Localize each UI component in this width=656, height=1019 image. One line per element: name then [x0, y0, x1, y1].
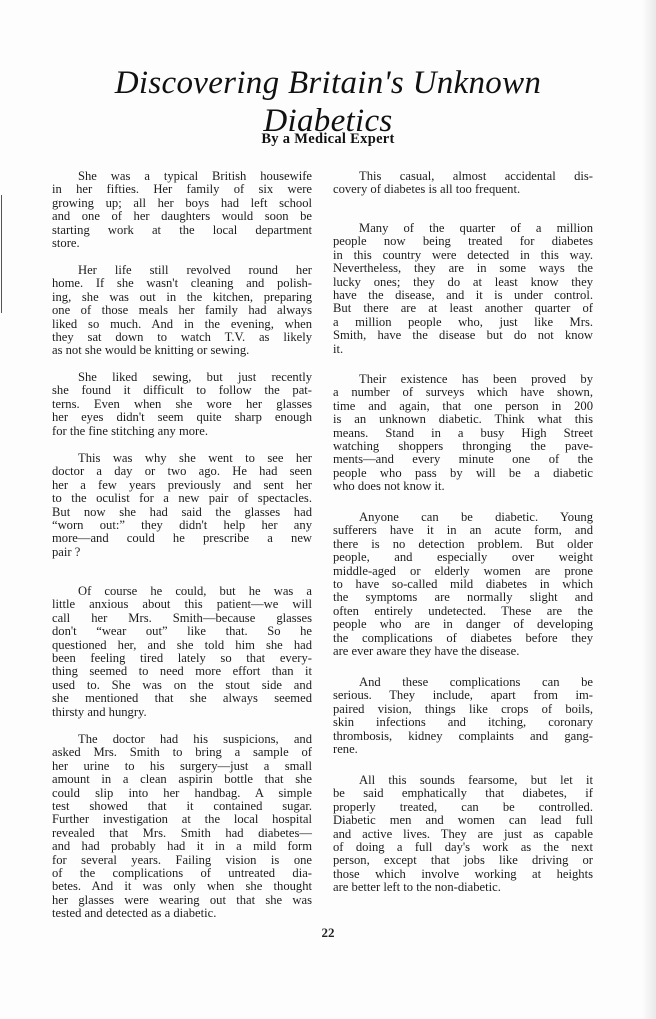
text-line: betes. And it was only when she thought — [52, 880, 312, 893]
text-line: ing, she was out in the kitchen, prepari… — [52, 291, 312, 304]
paragraph: And these complications can beserious. T… — [333, 676, 593, 756]
text-line: paired vision, things like crops of boil… — [333, 703, 593, 716]
text-line: asked Mrs. Smith to bring a sample of — [52, 746, 312, 759]
text-line: a million people who, just like Mrs. — [333, 316, 593, 329]
text-line: and one of her daughters would soon be — [52, 210, 312, 223]
text-line: Many of the quarter of a million — [333, 222, 593, 235]
text-line: means. Stand in a busy High Street — [333, 427, 593, 440]
text-line: Of course he could, but he was a — [52, 585, 312, 598]
paragraph: Of course he could, but he was alittle a… — [52, 585, 312, 719]
text-line: as not she would be knitting or sewing. — [52, 344, 312, 357]
text-line: who does not know it. — [333, 480, 593, 493]
text-line: often entirely undetected. These are the — [333, 605, 593, 618]
text-line: Nevertheless, they are in some ways the — [333, 262, 593, 275]
text-line: of the complications of untreated dia- — [52, 867, 312, 880]
paragraph: Many of the quarter of a millionpeople n… — [333, 222, 593, 356]
text-line: This was why she went to see her — [52, 452, 312, 465]
text-line: it. — [333, 343, 593, 356]
text-line: used to. She was on the stout side and — [52, 679, 312, 692]
text-line: little anxious about this patient—we wil… — [52, 598, 312, 611]
text-line: revealed that Mrs. Smith had diabetes— — [52, 827, 312, 840]
text-line: they sat down to watch T.V. as likely — [52, 331, 312, 344]
text-line: sufferers have it in an acute form, and — [333, 524, 593, 537]
text-line: skin infections and itching, coronary — [333, 716, 593, 729]
text-line: her glasses were wearing out that she wa… — [52, 894, 312, 907]
text-line: she mentioned that she always seemed — [52, 692, 312, 705]
text-line: terns. Even when she wore her glasses — [52, 398, 312, 411]
text-line: she found it difficult to follow the pat… — [52, 384, 312, 397]
magazine-page: Discovering Britain's Unknown Diabetics … — [0, 0, 656, 1019]
text-line: to have so-called mild diabetes in which — [333, 578, 593, 591]
text-line: starting work at the local department — [52, 224, 312, 237]
text-line: people, and especially over weight — [333, 551, 593, 564]
paragraph: This was why she went to see herdoctor a… — [52, 452, 312, 559]
text-line: She liked sewing, but just recently — [52, 371, 312, 384]
text-line: properly treated, can be controlled. — [333, 801, 593, 814]
text-line: people now being treated for diabetes — [333, 235, 593, 248]
paragraph: Her life still revolved round herhome. I… — [52, 264, 312, 358]
text-line: And these complications can be — [333, 676, 593, 689]
paragraph: This casual, almost accidental dis-cover… — [333, 170, 593, 197]
text-line: She was a typical British housewife — [52, 170, 312, 183]
text-line: Further investigation at the local hospi… — [52, 813, 312, 826]
text-line: there is no detection problem. But older — [333, 538, 593, 551]
text-line: amount in a clean aspirin bottle that sh… — [52, 773, 312, 786]
text-line: middle-aged or elderly women are prone — [333, 565, 593, 578]
text-line: don't “wear out” like that. So he — [52, 625, 312, 638]
text-line: Her life still revolved round her — [52, 264, 312, 277]
text-line: one of those meals her family had always — [52, 304, 312, 317]
paragraph: She was a typical British housewifein he… — [52, 170, 312, 250]
text-line: and had probably had it in a mild form — [52, 840, 312, 853]
text-line: But now she had said the glasses had — [52, 506, 312, 519]
text-line: in her fifties. Her family of six were — [52, 183, 312, 196]
page-number: 22 — [0, 925, 656, 941]
text-line: and active lives. They are just as capab… — [333, 828, 593, 841]
paragraph: Their existence has been proved bya numb… — [333, 373, 593, 494]
text-line: Diabetic men and women can lead full — [333, 814, 593, 827]
text-line: All this sounds fearsome, but let it — [333, 774, 593, 787]
text-line: of doing a full day's work as the next — [333, 841, 593, 854]
text-line: covery of diabetes is all too frequent. — [333, 183, 593, 196]
text-line: the symptoms are normally slight and — [333, 591, 593, 604]
text-line: liked so much. And in the evening, when — [52, 318, 312, 331]
text-line: to the oculist for a new pair of spectac… — [52, 492, 312, 505]
text-line: doctor a day or two ago. He had seen — [52, 465, 312, 478]
paragraph: All this sounds fearsome, but let itbe s… — [333, 774, 593, 895]
text-line: Their existence has been proved by — [333, 373, 593, 386]
text-line: the complications of diabetes before the… — [333, 632, 593, 645]
text-line: thing seemed to need more effort than it — [52, 665, 312, 678]
text-line: ments—and every minute one of the — [333, 453, 593, 466]
text-line: are better left to the non-diabetic. — [333, 881, 593, 894]
text-line: time and again, that one person in 200 — [333, 400, 593, 413]
text-line: “worn out:” they didn't help her any — [52, 519, 312, 532]
text-line: This casual, almost accidental dis- — [333, 170, 593, 183]
text-line: thrombosis, kidney complaints and gang- — [333, 730, 593, 743]
text-line: her a few years previously and sent her — [52, 479, 312, 492]
text-line: Smith, have the disease but do not know — [333, 329, 593, 342]
text-line: people who are in danger of developing — [333, 618, 593, 631]
text-line: questioned her, and she told him she had — [52, 639, 312, 652]
paragraph: Anyone can be diabetic. Youngsufferers h… — [333, 511, 593, 658]
text-line: watching shoppers thronging the pave- — [333, 440, 593, 453]
page-edge-shadow — [642, 0, 656, 1019]
text-line: people who pass by will be a diabetic — [333, 467, 593, 480]
text-line: could slip into her handbag. A simple — [52, 787, 312, 800]
text-line: test showed that it contained sugar. — [52, 800, 312, 813]
text-line: home. If she wasn't cleaning and polish- — [52, 277, 312, 290]
text-line: her eyes didn't seem quite sharp enough — [52, 411, 312, 424]
text-line: her urine to his surgery—just a small — [52, 760, 312, 773]
text-line: call her Mrs. Smith—because glasses — [52, 612, 312, 625]
article-byline: By a Medical Expert — [0, 131, 656, 148]
text-line: The doctor had his suspicions, and — [52, 733, 312, 746]
text-line: lucky ones; they do at least know they — [333, 276, 593, 289]
text-line: But there are at least another quarter o… — [333, 302, 593, 315]
article-title: Discovering Britain's Unknown Diabetics — [0, 64, 656, 140]
text-line: thirsty and hungry. — [52, 706, 312, 719]
text-line: in this country were detected in this wa… — [333, 249, 593, 262]
text-line: growing up; all her boys had left school — [52, 197, 312, 210]
text-line: tested and detected as a diabetic. — [52, 907, 312, 920]
text-line: for several years. Failing vision is one — [52, 854, 312, 867]
text-line: have the disease, and it is under contro… — [333, 289, 593, 302]
text-line: those which involve working at heights — [333, 868, 593, 881]
text-line: is an unknown diabetic. Think what this — [333, 413, 593, 426]
text-line: are ever aware they have the disease. — [333, 645, 593, 658]
text-line: for the fine stitching any more. — [52, 425, 312, 438]
text-line: be said emphatically that diabetes, if — [333, 787, 593, 800]
text-line: store. — [52, 237, 312, 250]
text-line: Anyone can be diabetic. Young — [333, 511, 593, 524]
paragraph: The doctor had his suspicions, andasked … — [52, 733, 312, 920]
text-line: a number of surveys which have shown, — [333, 386, 593, 399]
text-line: rene. — [333, 743, 593, 756]
text-line: pair ? — [52, 546, 312, 559]
article-title-line-1: Discovering Britain's Unknown — [0, 64, 656, 102]
margin-rule — [1, 195, 2, 313]
text-line: serious. They include, apart from im- — [333, 689, 593, 702]
text-line: more—and could he prescribe a new — [52, 532, 312, 545]
text-line: person, except that jobs like driving or — [333, 854, 593, 867]
text-line: been feeling tired lately so that every- — [52, 652, 312, 665]
paragraph: She liked sewing, but just recentlyshe f… — [52, 371, 312, 438]
